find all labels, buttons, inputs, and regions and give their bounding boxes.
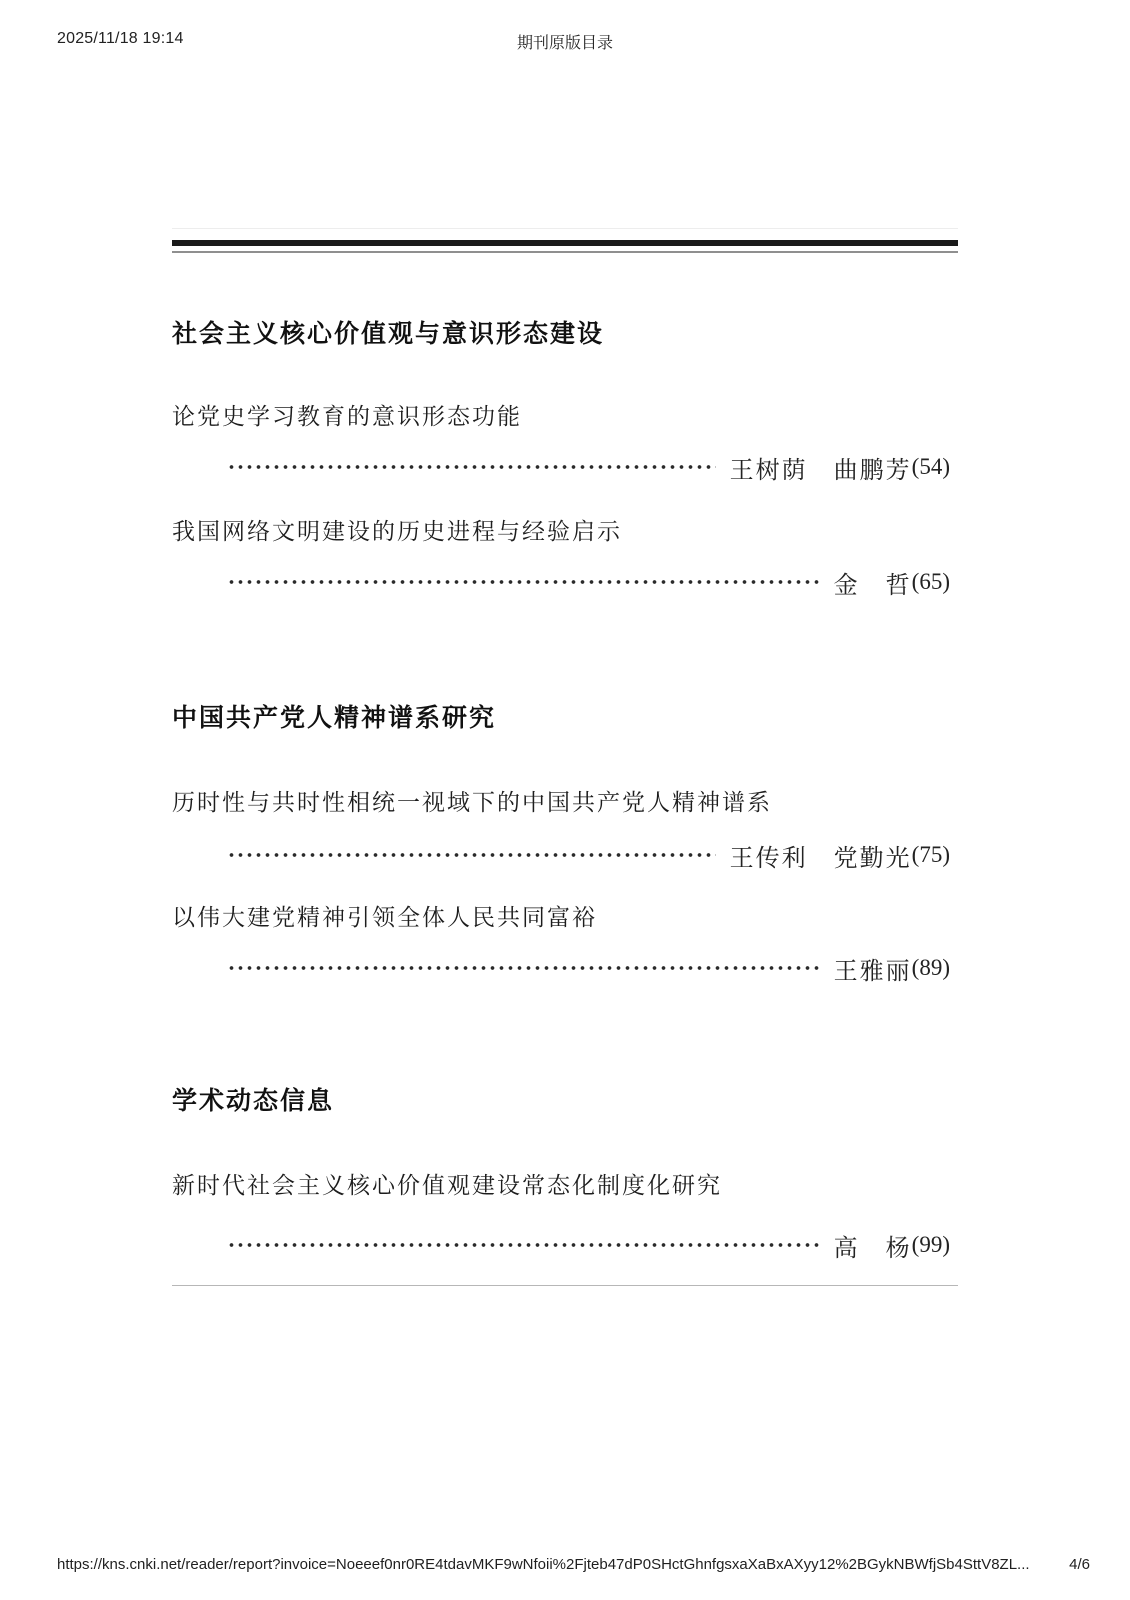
divider-thick-line: [172, 240, 958, 246]
section-heading-3: 学术动态信息: [172, 1081, 334, 1117]
article-page-number-4: (89): [912, 955, 950, 981]
article-title-4: 以伟大建党精神引领全体人民共同富裕: [172, 899, 597, 932]
dotted-leader: [227, 838, 716, 872]
article-entry-4: 王雅丽 (89): [172, 951, 950, 985]
article-entry-5: 高 杨 (99): [172, 1228, 950, 1262]
divider-thin-line: [172, 251, 958, 253]
article-entry-3: 王传利 党勤光 (75): [172, 838, 950, 872]
article-authors-1: 王树荫 曲鹏芳: [730, 450, 912, 485]
article-page-number-1: (54): [912, 454, 950, 480]
article-authors-4: 王雅丽: [834, 951, 912, 986]
divider-faint-line: [172, 228, 958, 229]
article-title-2: 我国网络文明建设的历史进程与经验启示: [172, 513, 622, 546]
page-header-title: 期刊原版目录: [0, 30, 1130, 53]
footer-page-indicator: 4/6: [1069, 1556, 1090, 1573]
document-page: 2025/11/18 19:14 期刊原版目录 社会主义核心价值观与意识形态建设…: [0, 0, 1130, 1600]
article-title-5: 新时代社会主义核心价值观建设常态化制度化研究: [172, 1167, 722, 1200]
article-entry-1: 王树荫 曲鹏芳 (54): [172, 450, 950, 484]
article-authors-5: 高 杨: [834, 1228, 912, 1263]
section-heading-1: 社会主义核心价值观与意识形态建设: [172, 314, 604, 350]
section-heading-2: 中国共产党人精神谱系研究: [172, 698, 496, 734]
dotted-leader: [227, 450, 716, 484]
dotted-leader: [227, 565, 820, 599]
dotted-leader: [227, 1228, 820, 1262]
footer-url: https://kns.cnki.net/reader/report?invoi…: [57, 1556, 1030, 1573]
divider-bottom-line: [172, 1285, 958, 1286]
article-authors-2: 金 哲: [834, 565, 912, 600]
article-page-number-2: (65): [912, 569, 950, 595]
article-page-number-3: (75): [912, 842, 950, 868]
article-title-3: 历时性与共时性相统一视域下的中国共产党人精神谱系: [172, 784, 772, 817]
dotted-leader: [227, 951, 820, 985]
article-title-1: 论党史学习教育的意识形态功能: [172, 398, 522, 431]
article-page-number-5: (99): [912, 1232, 950, 1258]
article-entry-2: 金 哲 (65): [172, 565, 950, 599]
article-authors-3: 王传利 党勤光: [730, 838, 912, 873]
